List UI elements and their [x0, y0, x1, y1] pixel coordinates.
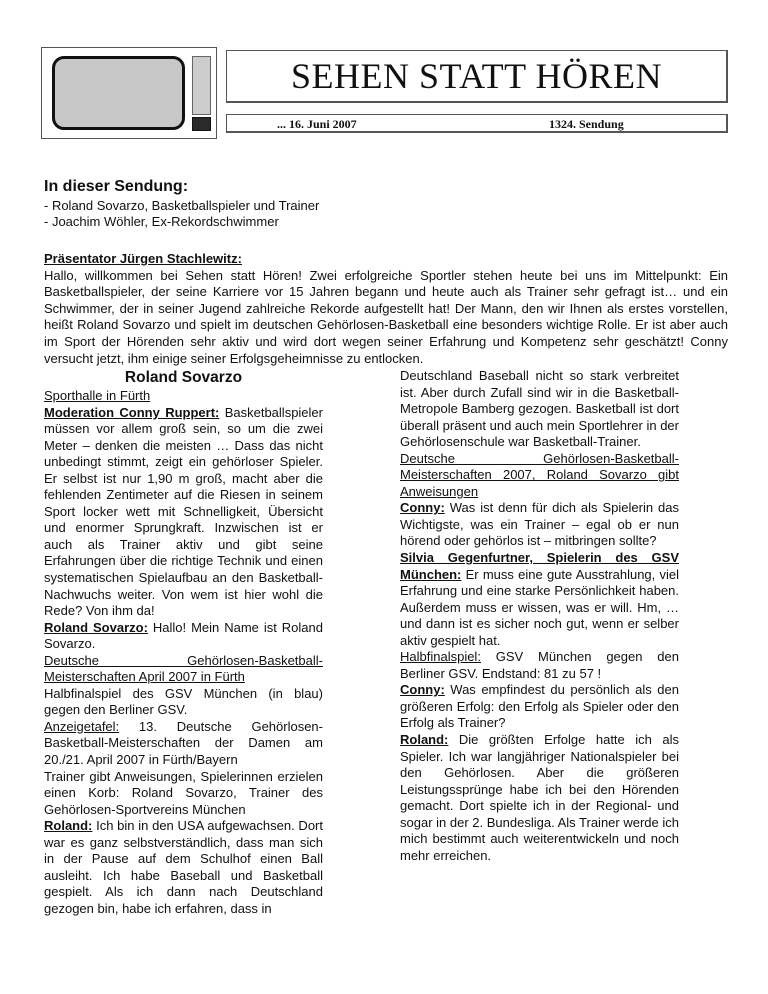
contents-heading: In dieser Sendung:	[44, 178, 188, 196]
guest-item: - Joachim Wöhler, Ex-Rekordschwimmer	[44, 214, 319, 230]
location-caption: Sporthalle in Fürth	[44, 388, 323, 405]
page-title: SEHEN STATT HÖREN	[291, 55, 662, 97]
speech-continuation: Deutschland Baseball nicht so stark verb…	[400, 368, 679, 451]
presenter-text: Hallo, willkommen bei Sehen statt Hören!…	[44, 268, 728, 368]
guest-item: - Roland Sovarzo, Basketballspieler und …	[44, 198, 319, 214]
speech-text: Basketballspieler müssen vor allem groß …	[44, 405, 323, 619]
scene-caption: Deutsche Gehörlosen-Basketball-Meistersc…	[44, 653, 323, 686]
paragraph: Silvia Gegenfurtner, Spielerin des GSV M…	[400, 550, 679, 649]
caption-label: Halbfinalspiel:	[400, 649, 481, 664]
paragraph: Roland: Die größten Erfolge hatte ich al…	[400, 732, 679, 864]
scene-description: Trainer gibt Anweisungen, Spielerinnen e…	[44, 769, 323, 819]
section-title: Roland Sovarzo	[44, 368, 323, 388]
episode-number: 1324. Sendung	[549, 117, 624, 132]
speaker-label: Roland:	[400, 732, 448, 747]
paragraph: Conny: Was empfindest du persönlich als …	[400, 682, 679, 732]
issue-date: ... 16. Juni 2007	[277, 117, 357, 132]
presenter-label: Präsentator Jürgen Stachlewitz:	[44, 251, 728, 268]
issue-bar: ... 16. Juni 2007 1324. Sendung	[226, 114, 728, 133]
paragraph: Anzeigetafel: 13. Deutsche Gehörlosen-Ba…	[44, 719, 323, 769]
masthead-title: SEHEN STATT HÖREN	[226, 50, 728, 103]
paragraph: Halbfinalspiel: GSV München gegen den Be…	[400, 649, 679, 682]
tv-knob-icon	[192, 117, 211, 131]
speaker-label: Conny:	[400, 500, 445, 515]
speaker-label: Roland Sovarzo:	[44, 620, 148, 635]
speaker-label: Conny:	[400, 682, 445, 697]
paragraph: Roland: Ich bin in den USA aufgewachsen.…	[44, 818, 323, 917]
paragraph: Conny: Was ist denn für dich als Spieler…	[400, 500, 679, 550]
caption-label: Anzeigetafel:	[44, 719, 119, 734]
paragraph: Roland Sovarzo: Hallo! Mein Name ist Rol…	[44, 620, 323, 653]
right-column: Deutschland Baseball nicht so stark verb…	[400, 368, 679, 864]
tv-logo-icon	[41, 47, 217, 139]
speaker-label: Roland:	[44, 818, 92, 833]
speaker-label: Moderation Conny Ruppert:	[44, 405, 219, 420]
tv-screen-icon	[52, 56, 185, 130]
scene-description: Halbfinalspiel des GSV München (in blau)…	[44, 686, 323, 719]
scene-caption: Deutsche Gehörlosen-Basketball-Meistersc…	[400, 451, 679, 501]
paragraph: Moderation Conny Ruppert: Basketballspie…	[44, 405, 323, 620]
left-column: Roland Sovarzo Sporthalle in Fürth Moder…	[44, 368, 323, 918]
speech-text: Die größten Erfolge hatte ich als Spiele…	[400, 732, 679, 863]
guest-list: - Roland Sovarzo, Basketballspieler und …	[44, 198, 319, 230]
tv-panel-icon	[192, 56, 211, 115]
presenter-block: Präsentator Jürgen Stachlewitz: Hallo, w…	[44, 251, 728, 367]
